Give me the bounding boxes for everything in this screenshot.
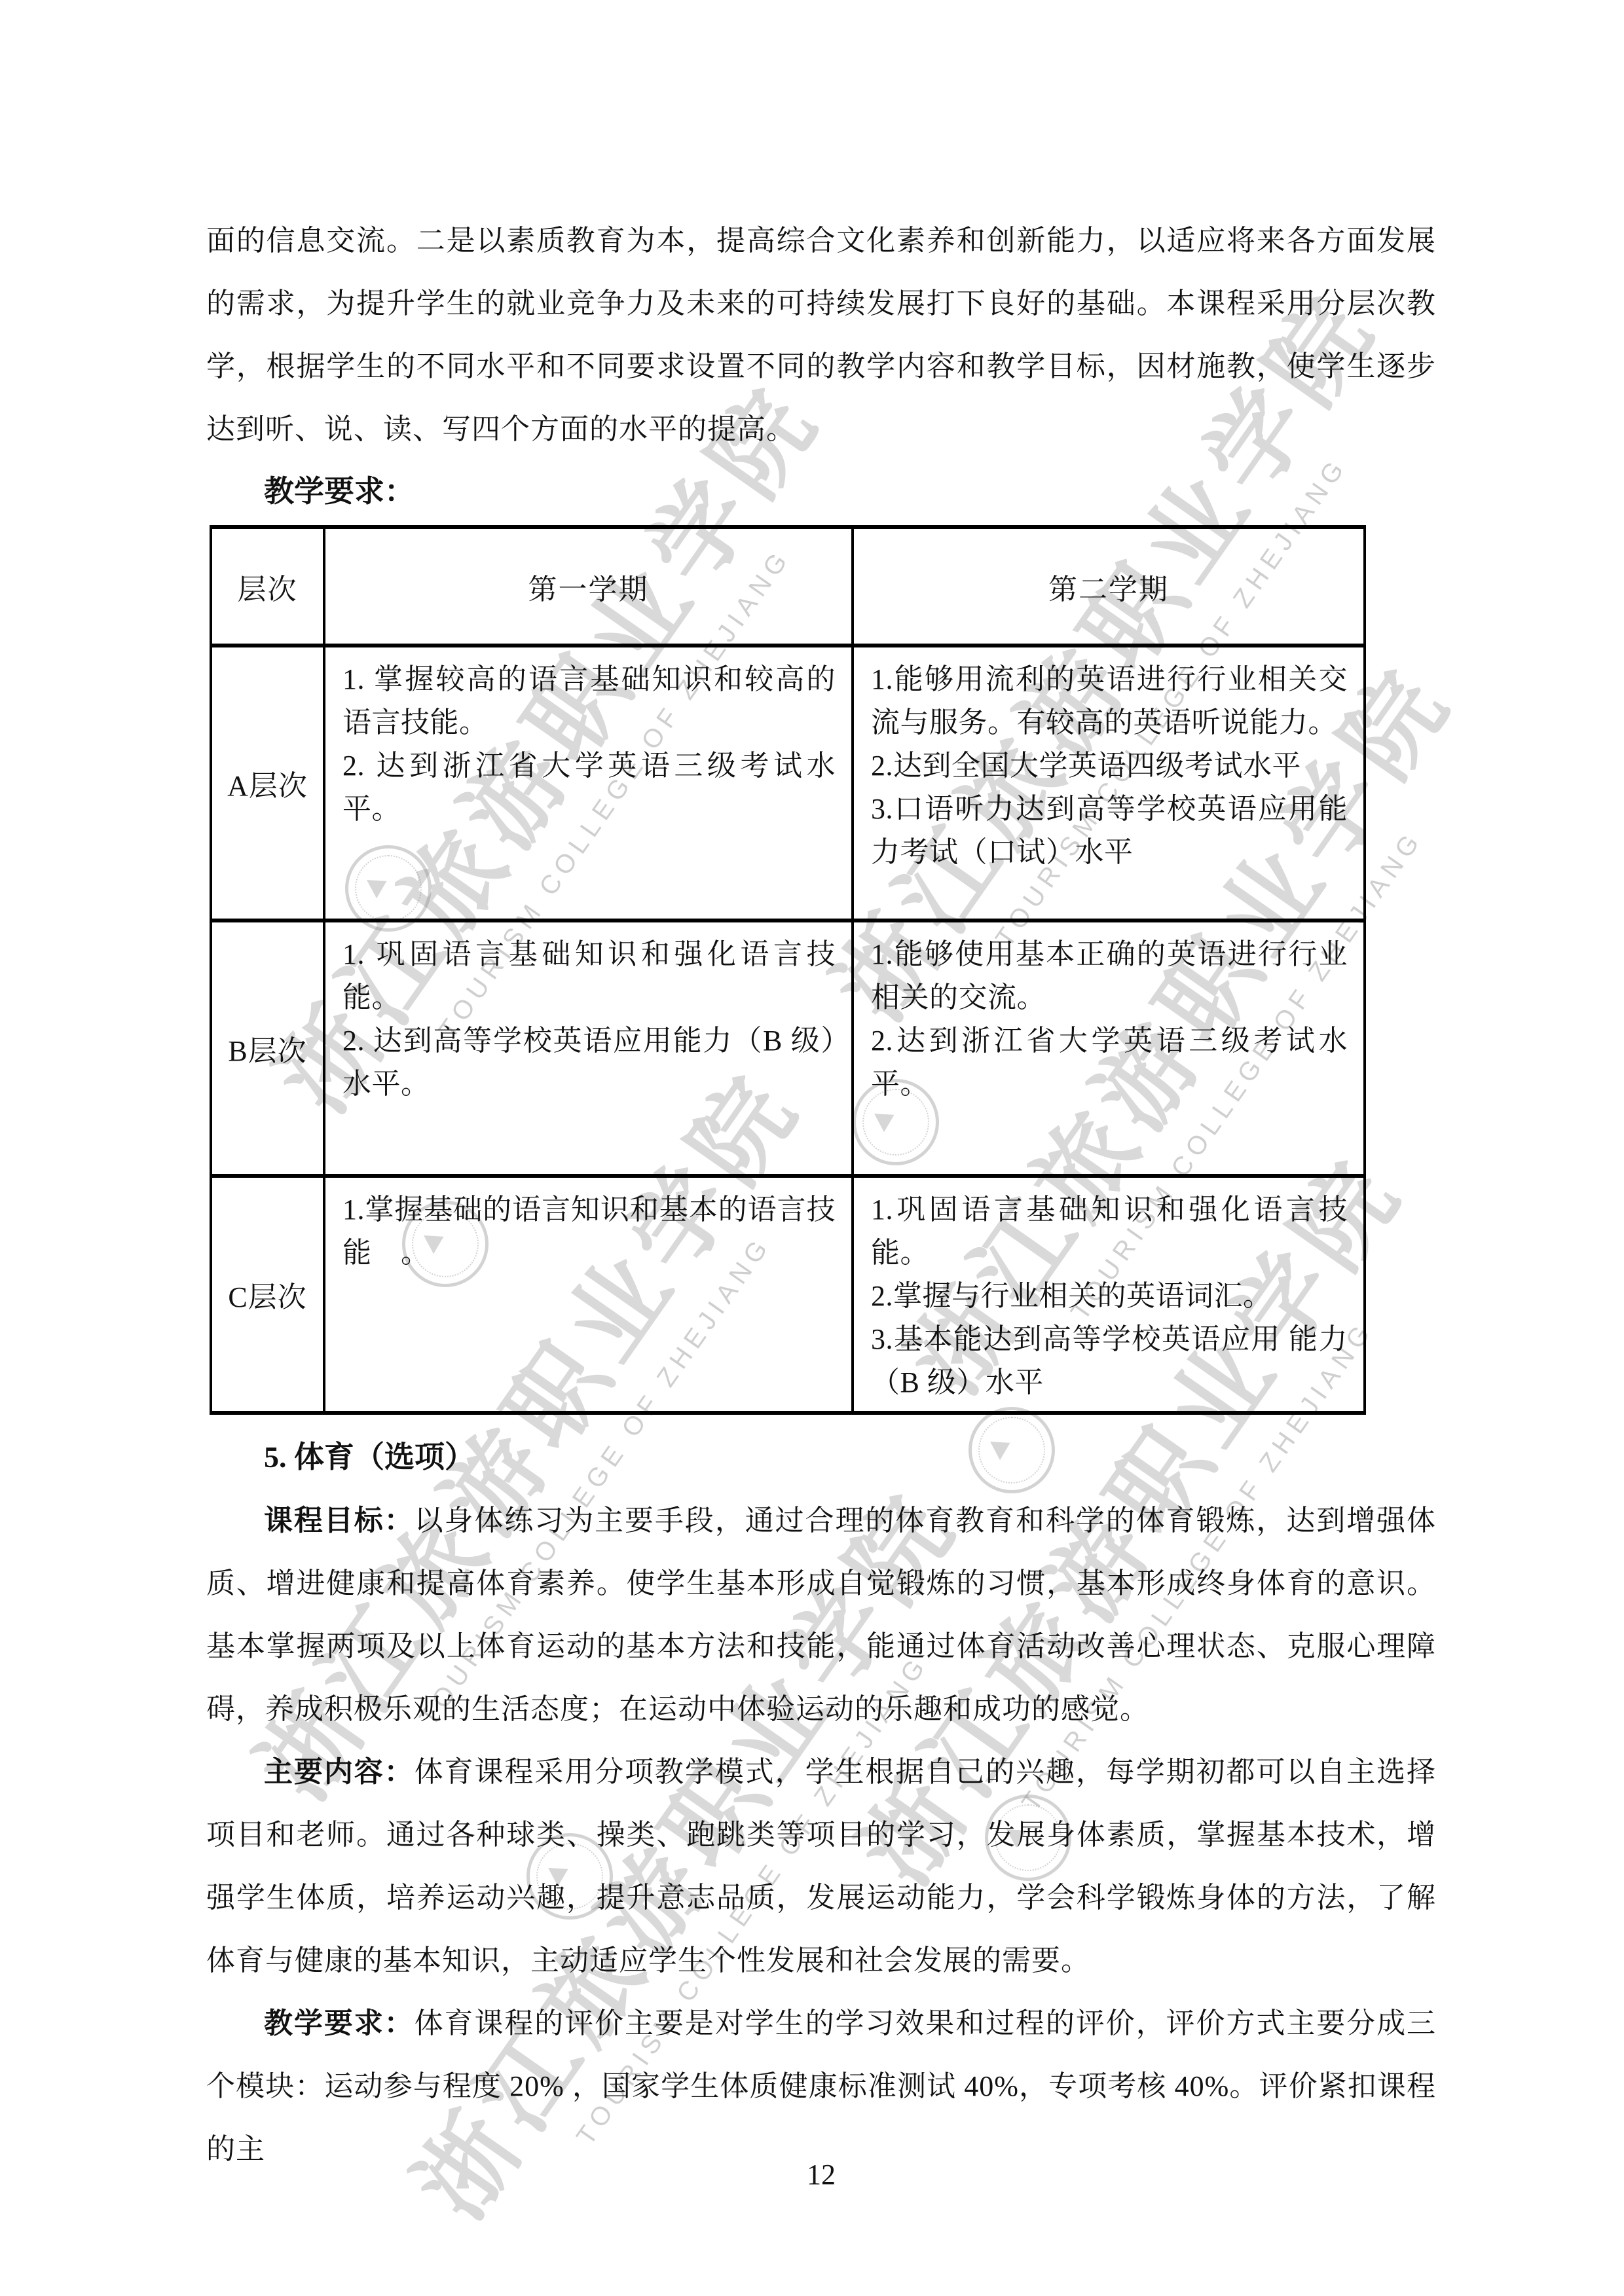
course-objectives-paragraph: 课程目标：以身体练习为主要手段，通过合理的体育教育和科学的体育锻炼，达到增强体质… <box>206 1489 1436 1741</box>
intro-paragraph: 面的信息交流。二是以素质教育为本，提高综合文化素养和创新能力，以适应将来各方面发… <box>206 210 1436 461</box>
table-cell-item: 1.巩固语言基础知识和强化语言技能。 <box>871 1188 1348 1275</box>
requirements-table: 层次 第一学期 第二学期 A层次 1. 掌握较高的语言基础知识和较高的语言技能。… <box>210 525 1366 1415</box>
main-content-text: 体育课程采用分项教学模式，学生根据自己的兴趣，每学期初都可以自主选择项目和老师。… <box>206 1756 1436 1977</box>
table-cell-item: 2.达到全国大学英语四级考试水平 <box>871 744 1348 788</box>
document-body: 面的信息交流。二是以素质教育为本，提高综合文化素养和创新能力，以适应将来各方面发… <box>206 210 1436 2181</box>
page-number: 12 <box>206 2158 1436 2191</box>
table-row: C层次 1.掌握基础的语言知识和基本的语言技能 。 1.巩固语言基础知识和强化语… <box>211 1176 1365 1413</box>
table-cell-item: 2.达到浙江省大学英语三级考试水平。 <box>871 1019 1348 1106</box>
semester2-cell: 1.能够用流利的英语进行行业相关交流与服务。有较高的英语听说能力。 2.达到全国… <box>853 646 1365 920</box>
semester2-cell: 1.巩固语言基础知识和强化语言技能。 2.掌握与行业相关的英语词汇。 3.基本能… <box>853 1176 1365 1413</box>
semester2-cell: 1.能够使用基本正确的英语进行行业相关的交流。 2.达到浙江省大学英语三级考试水… <box>853 920 1365 1176</box>
level-label: B层次 <box>211 920 324 1176</box>
table-cell-item: 2. 达到高等学校英语应用能力（B 级）水平。 <box>342 1019 836 1106</box>
level-label: A层次 <box>211 646 324 920</box>
level-label: C层次 <box>211 1176 324 1413</box>
table-cell-item: 1.掌握基础的语言知识和基本的语言技能 。 <box>342 1188 836 1275</box>
section5-heading: 5. 体育（选项） <box>264 1434 1436 1480</box>
table-cell-item: 1. 巩固语言基础知识和强化语言技能。 <box>342 933 836 1019</box>
table-row: B层次 1. 巩固语言基础知识和强化语言技能。 2. 达到高等学校英语应用能力（… <box>211 920 1365 1176</box>
table-cell-item: 1.能够使用基本正确的英语进行行业相关的交流。 <box>871 933 1348 1019</box>
table-header-row: 层次 第一学期 第二学期 <box>211 527 1365 646</box>
table-cell-item: 1.能够用流利的英语进行行业相关交流与服务。有较高的英语听说能力。 <box>871 658 1348 744</box>
teaching-requirements-paragraph: 教学要求：体育课程的评价主要是对学生的学习效果和过程的评价，评价方式主要分成三个… <box>206 1992 1436 2181</box>
semester1-cell: 1.掌握基础的语言知识和基本的语言技能 。 <box>324 1176 853 1413</box>
table-row: A层次 1. 掌握较高的语言基础知识和较高的语言技能。 2. 达到浙江省大学英语… <box>211 646 1365 920</box>
main-content-paragraph: 主要内容：体育课程采用分项教学模式，学生根据自己的兴趣，每学期初都可以自主选择项… <box>206 1741 1436 1992</box>
table-cell-item: 1. 掌握较高的语言基础知识和较高的语言技能。 <box>342 658 836 744</box>
header-semester-2: 第二学期 <box>853 527 1365 646</box>
semester1-cell: 1. 掌握较高的语言基础知识和较高的语言技能。 2. 达到浙江省大学英语三级考试… <box>324 646 853 920</box>
table-cell-item: 3.基本能达到高等学校英语应用 能力（B 级）水平 <box>871 1318 1348 1404</box>
teaching-requirements-label: 教学要求： <box>264 2007 415 2039</box>
table-cell-item: 2. 达到浙江省大学英语三级考试水平。 <box>342 744 836 831</box>
requirements-heading: 教学要求： <box>264 469 1436 515</box>
document-page: 浙江旅游职业学院 TOURISM COLLEGE OF ZHEJIANG 浙江旅… <box>0 0 1624 2296</box>
table-cell-item: 2.掌握与行业相关的英语词汇。 <box>871 1275 1348 1318</box>
main-content-label: 主要内容： <box>264 1756 415 1788</box>
header-semester-1: 第一学期 <box>324 527 853 646</box>
course-objectives-text: 以身体练习为主要手段，通过合理的体育教育和科学的体育锻炼，达到增强体质、增进健康… <box>206 1504 1436 1725</box>
header-level: 层次 <box>211 527 324 646</box>
semester1-cell: 1. 巩固语言基础知识和强化语言技能。 2. 达到高等学校英语应用能力（B 级）… <box>324 920 853 1176</box>
table-cell-item: 3.口语听力达到高等学校英语应用能力考试（口试）水平 <box>871 788 1348 874</box>
course-objectives-label: 课程目标： <box>264 1504 415 1537</box>
